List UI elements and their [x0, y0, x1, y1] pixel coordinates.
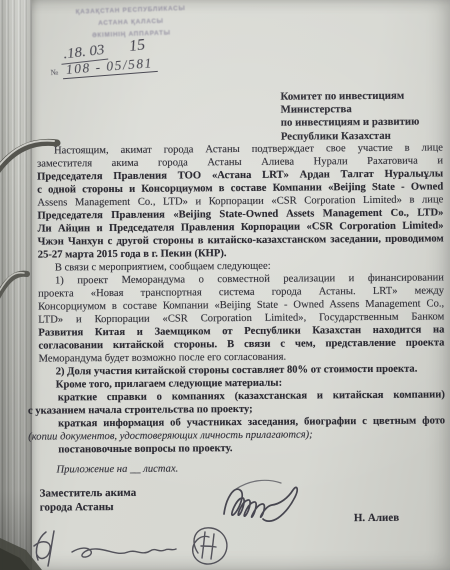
signatory-title-line: Заместитель акима: [40, 487, 137, 501]
signatory-title: Заместитель акима города Астаны: [40, 487, 137, 515]
letter-body: Настоящим, акимат города Астаны подтверж…: [37, 141, 446, 476]
signatory-title-line: города Астаны: [40, 500, 137, 514]
attachment-note: Приложение на __ листах.: [39, 460, 445, 476]
stacked-pages-edge: [0, 0, 32, 570]
handwritten-date-flourish: 15: [128, 36, 146, 55]
recipient-line: Комитет по инвестициям: [280, 89, 445, 103]
body-line: постановочные вопросы по проекту.: [39, 440, 445, 456]
recipient-line: по инвестициям и развитию: [281, 116, 446, 130]
document-photo: ҚАЗАҚСТАН РЕСПУБЛИКАСЫ АСТАНА ҚАЛАСЫ ӘКІ…: [0, 0, 450, 570]
letter-page: ҚАЗАҚСТАН РЕСПУБЛИКАСЫ АСТАНА ҚАЛАСЫ ӘКІ…: [30, 0, 450, 570]
signatory-name: Н. Алиев: [354, 512, 399, 524]
numero-sign: №: [50, 68, 58, 78]
recipient-line: Министерства: [281, 103, 446, 117]
recipient-block: Комитет по инвестициям Министерства по и…: [280, 89, 445, 143]
